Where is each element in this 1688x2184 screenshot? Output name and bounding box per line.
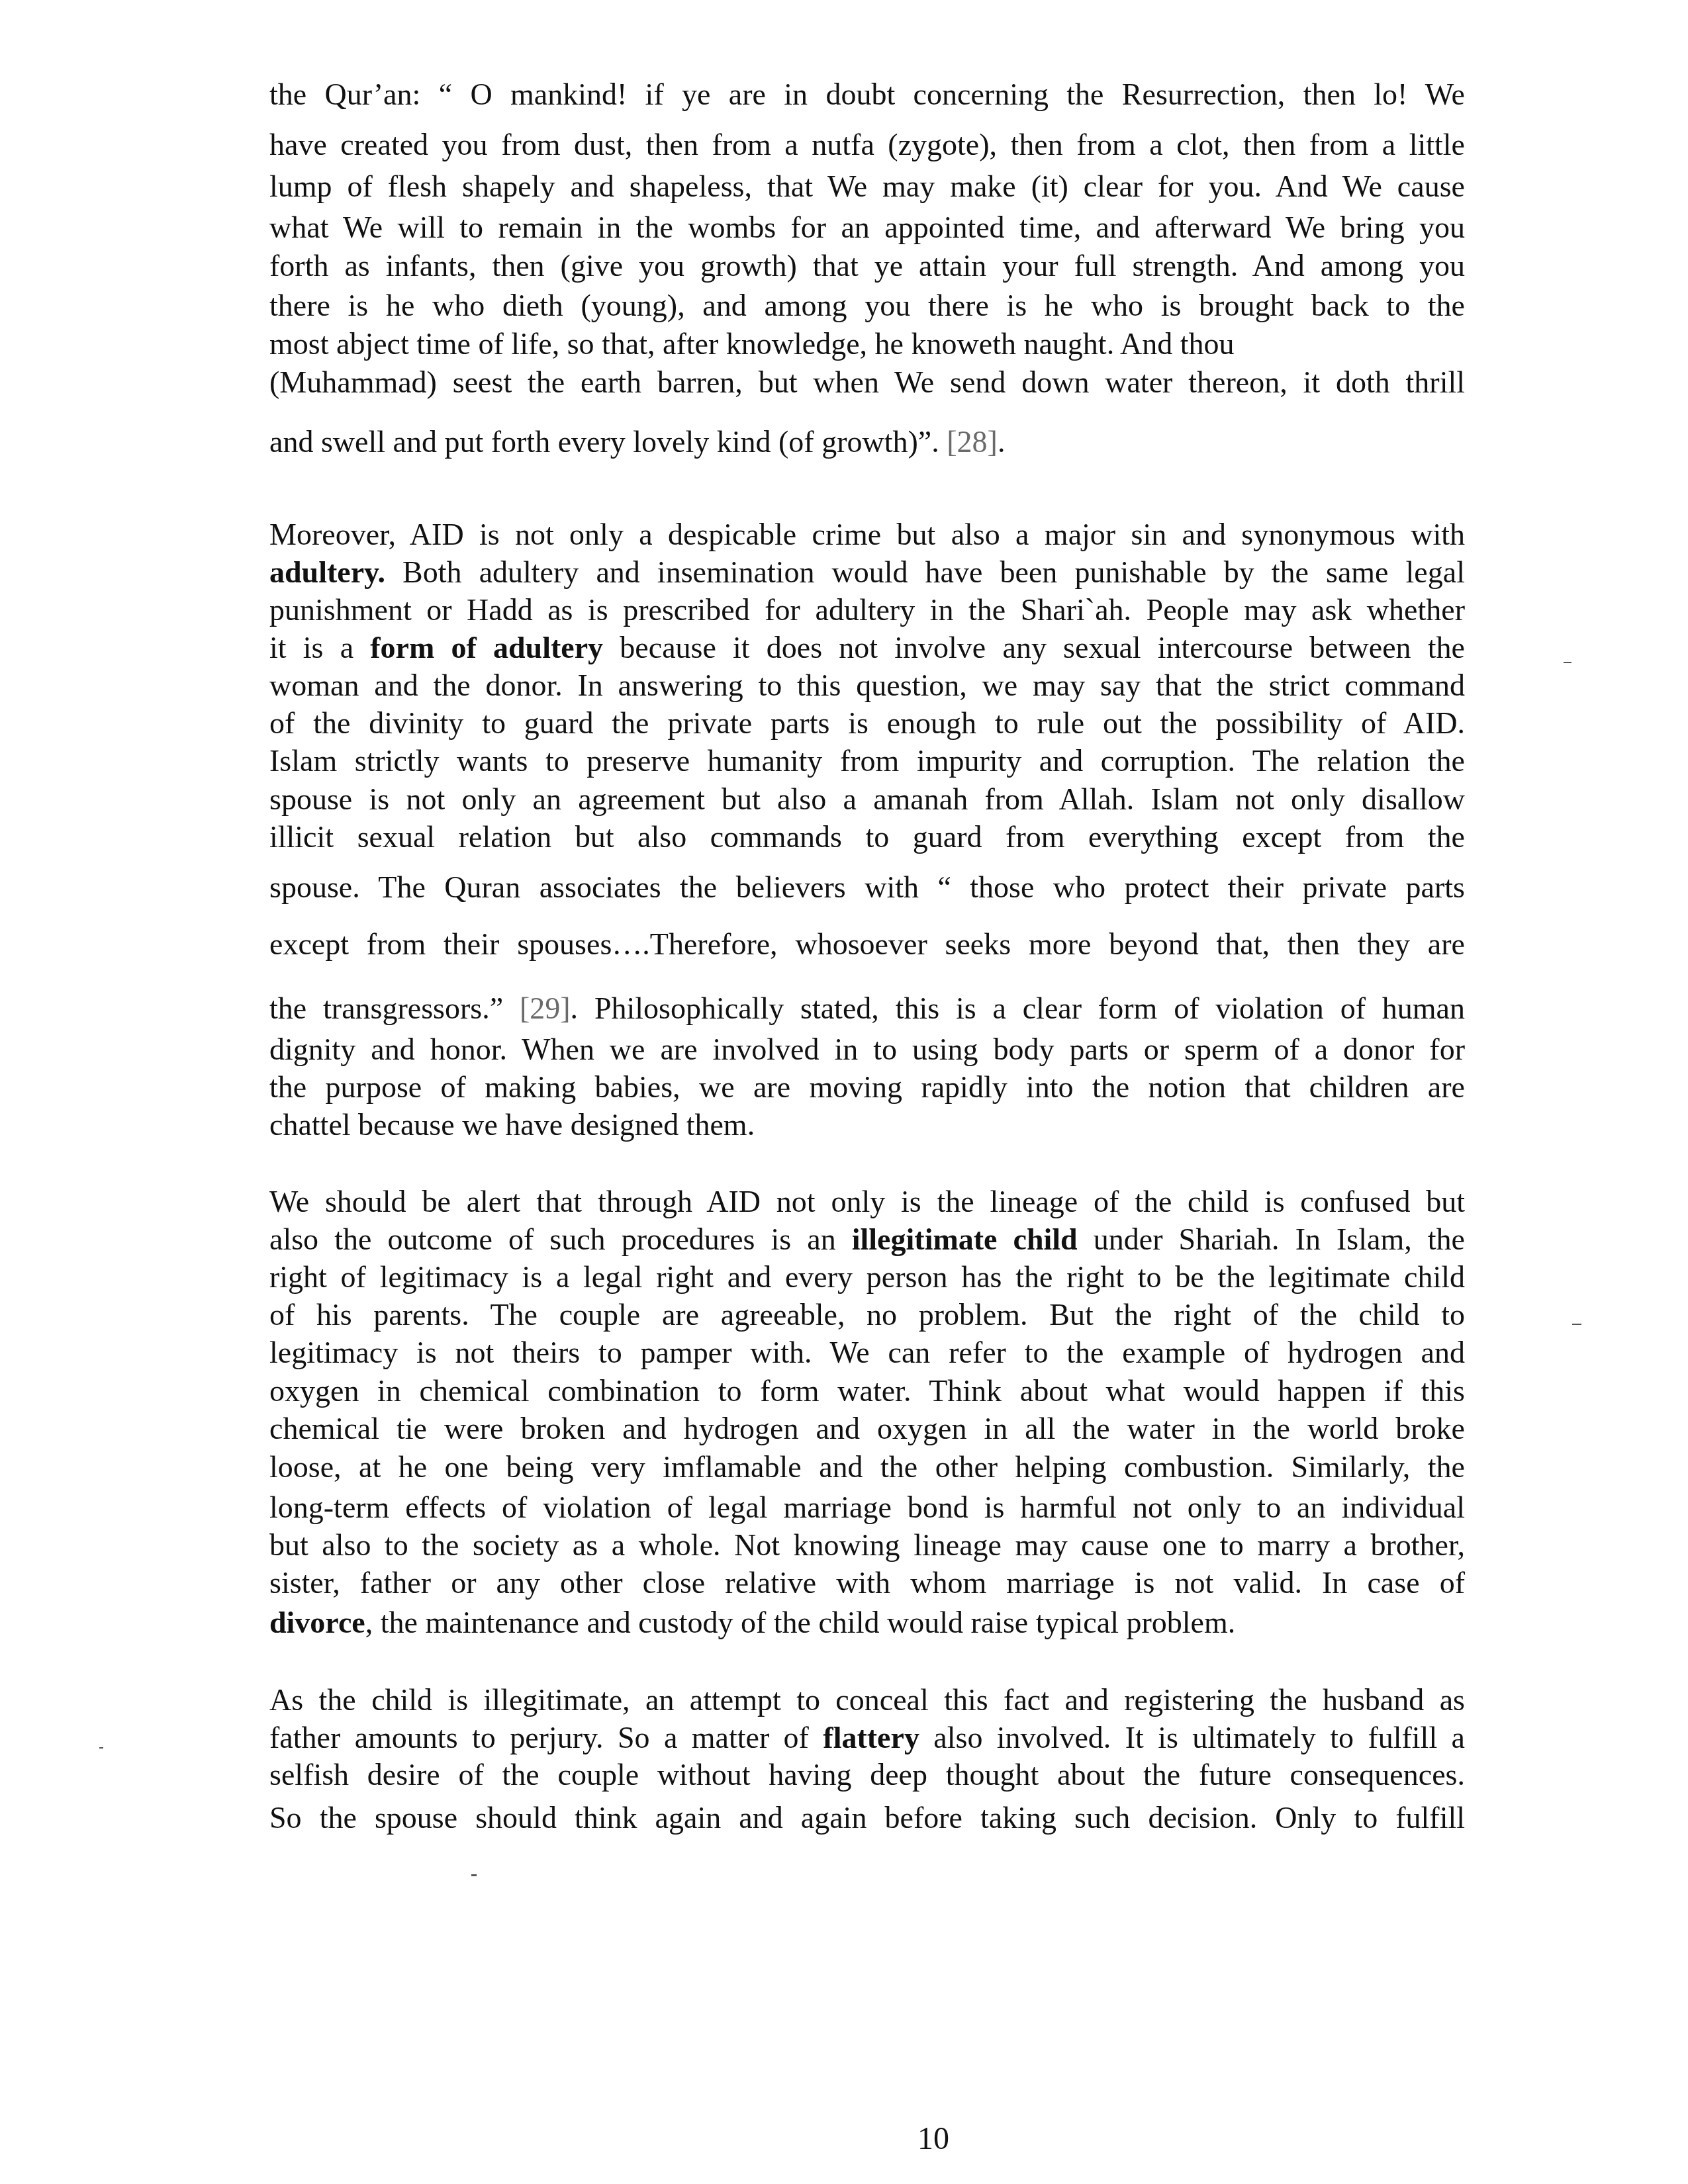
text-run: sister, father or any other close relati… — [269, 1566, 1465, 1600]
text-line: lump of flesh shapely and shapeless, tha… — [269, 171, 1465, 202]
text-run: of the divinity to guard the private par… — [269, 706, 1465, 740]
text-line: what We will to remain in the wombs for … — [269, 212, 1465, 243]
text-run: also involved. It is ultimately to fulfi… — [919, 1721, 1465, 1754]
text-run: chemical tie were broken and hydrogen an… — [269, 1412, 1465, 1445]
text-line: divorce, the maintenance and custody of … — [269, 1608, 1465, 1638]
text-run: We should be alert that through AID not … — [269, 1185, 1465, 1218]
bold-term: illegitimate child — [852, 1222, 1078, 1256]
citation-reference: [28] — [947, 425, 998, 459]
text-run: punishment or Hadd as is prescribed for … — [269, 593, 1465, 627]
text-run: most abject time of life, so that, after… — [269, 327, 1235, 361]
text-run: what We will to remain in the wombs for … — [269, 210, 1465, 244]
text-run: spouse. The Quran associates the believe… — [269, 870, 1465, 904]
text-line: of his parents. The couple are agreeable… — [269, 1300, 1465, 1330]
text-run: the transgressors.” — [269, 991, 520, 1025]
text-run: right of legitimacy is a legal right and… — [269, 1260, 1465, 1294]
text-line: spouse. The Quran associates the believe… — [269, 872, 1465, 903]
text-run: Both adultery and insemination would hav… — [385, 555, 1465, 589]
text-line: punishment or Hadd as is prescribed for … — [269, 595, 1465, 625]
text-run: it is a — [269, 631, 370, 664]
text-line: most abject time of life, so that, after… — [269, 329, 1465, 359]
text-line: loose, at he one being very imflamable a… — [269, 1452, 1465, 1482]
text-line: adultery. Both adultery and insemination… — [269, 557, 1465, 588]
bold-term: divorce — [269, 1606, 365, 1639]
text-run: , the maintenance and custody of the chi… — [365, 1606, 1235, 1639]
text-line: but also to the society as a whole. Not … — [269, 1530, 1465, 1561]
text-line: As the child is illegitimate, an attempt… — [269, 1685, 1465, 1715]
text-run: of his parents. The couple are agreeable… — [269, 1298, 1465, 1332]
text-run: oxygen in chemical combination to form w… — [269, 1374, 1465, 1408]
text-line: the transgressors.” [29]. Philosophicall… — [269, 993, 1465, 1024]
text-run: dignity and honor. When we are involved … — [269, 1032, 1465, 1066]
text-line: Moreover, AID is not only a despicable c… — [269, 520, 1465, 550]
text-line: forth as infants, then (give you growth)… — [269, 251, 1465, 281]
text-line: there is he who dieth (young), and among… — [269, 291, 1465, 321]
text-line: oxygen in chemical combination to form w… — [269, 1376, 1465, 1406]
text-run: . Philosophically stated, this is a clea… — [571, 991, 1465, 1025]
text-run: . — [998, 425, 1006, 459]
bold-term: form of adultery — [370, 631, 603, 664]
citation-reference: [29] — [520, 991, 571, 1025]
bold-term: adultery. — [269, 555, 385, 589]
text-run: father amounts to perjury. So a matter o… — [269, 1721, 823, 1754]
text-run: So the spouse should think again and aga… — [269, 1801, 1465, 1835]
text-run: the purpose of making babies, we are mov… — [269, 1070, 1465, 1104]
text-run: (Muhammad) seest the earth barren, but w… — [269, 365, 1465, 399]
text-line: legitimacy is not theirs to pamper with.… — [269, 1338, 1465, 1368]
text-run: and swell and put forth every lovely kin… — [269, 425, 947, 459]
text-line: father amounts to perjury. So a matter o… — [269, 1723, 1465, 1753]
text-line: have created you from dust, then from a … — [269, 130, 1465, 160]
text-run: lump of flesh shapely and shapeless, tha… — [269, 169, 1465, 203]
document-page: the Qur’an: “ O mankind! if ye are in do… — [0, 0, 1688, 2184]
text-line: long-term effects of violation of legal … — [269, 1492, 1465, 1523]
text-line: the purpose of making babies, we are mov… — [269, 1072, 1465, 1103]
text-run: under Shariah. In Islam, the — [1078, 1222, 1465, 1256]
text-run: Moreover, AID is not only a despicable c… — [269, 518, 1465, 551]
text-line: So the spouse should think again and aga… — [269, 1803, 1465, 1833]
text-line: sister, father or any other close relati… — [269, 1568, 1465, 1598]
text-run: forth as infants, then (give you growth)… — [269, 249, 1465, 283]
text-line: and swell and put forth every lovely kin… — [269, 427, 1465, 457]
text-run: woman and the donor. In answering to thi… — [269, 668, 1465, 702]
text-run: loose, at he one being very imflamable a… — [269, 1450, 1465, 1484]
text-run: there is he who dieth (young), and among… — [269, 289, 1465, 322]
text-run: also the outcome of such procedures is a… — [269, 1222, 852, 1256]
text-line: of the divinity to guard the private par… — [269, 708, 1465, 739]
text-line: right of legitimacy is a legal right and… — [269, 1262, 1465, 1293]
scan-speck — [1572, 1324, 1581, 1325]
text-line: chattel because we have designed them. — [269, 1110, 1465, 1140]
text-run: long-term effects of violation of legal … — [269, 1490, 1465, 1524]
page-number: 10 — [900, 2123, 966, 2155]
text-line: selfish desire of the couple without hav… — [269, 1760, 1465, 1790]
text-run: illicit sexual relation but also command… — [269, 820, 1465, 854]
text-run: except from their spouses….Therefore, wh… — [269, 927, 1465, 961]
text-line: woman and the donor. In answering to thi… — [269, 670, 1465, 701]
text-run: have created you from dust, then from a … — [269, 128, 1465, 161]
scan-speck — [471, 1874, 477, 1876]
text-run: Islam strictly wants to preserve humanit… — [269, 744, 1465, 778]
text-run: legitimacy is not theirs to pamper with.… — [269, 1336, 1465, 1369]
text-run: because it does not involve any sexual i… — [603, 631, 1465, 664]
text-run: chattel because we have designed them. — [269, 1108, 755, 1142]
text-line: illicit sexual relation but also command… — [269, 822, 1465, 852]
text-line: the Qur’an: “ O mankind! if ye are in do… — [269, 79, 1465, 110]
text-run: but also to the society as a whole. Not … — [269, 1528, 1465, 1562]
text-line: except from their spouses….Therefore, wh… — [269, 929, 1465, 960]
text-run: spouse is not only an agreement but also… — [269, 782, 1465, 816]
text-run: selfish desire of the couple without hav… — [269, 1758, 1465, 1792]
text-line: We should be alert that through AID not … — [269, 1187, 1465, 1217]
text-line: (Muhammad) seest the earth barren, but w… — [269, 367, 1465, 398]
text-line: it is a form of adultery because it does… — [269, 633, 1465, 663]
bold-term: flattery — [823, 1721, 919, 1754]
text-run: the Qur’an: “ O mankind! if ye are in do… — [269, 77, 1465, 111]
scan-speck — [99, 1747, 103, 1749]
text-run: As the child is illegitimate, an attempt… — [269, 1683, 1465, 1717]
text-line: spouse is not only an agreement but also… — [269, 784, 1465, 815]
scan-speck — [1564, 662, 1571, 663]
text-line: dignity and honor. When we are involved … — [269, 1034, 1465, 1065]
text-line: Islam strictly wants to preserve humanit… — [269, 746, 1465, 776]
text-line: also the outcome of such procedures is a… — [269, 1224, 1465, 1255]
text-line: chemical tie were broken and hydrogen an… — [269, 1414, 1465, 1444]
